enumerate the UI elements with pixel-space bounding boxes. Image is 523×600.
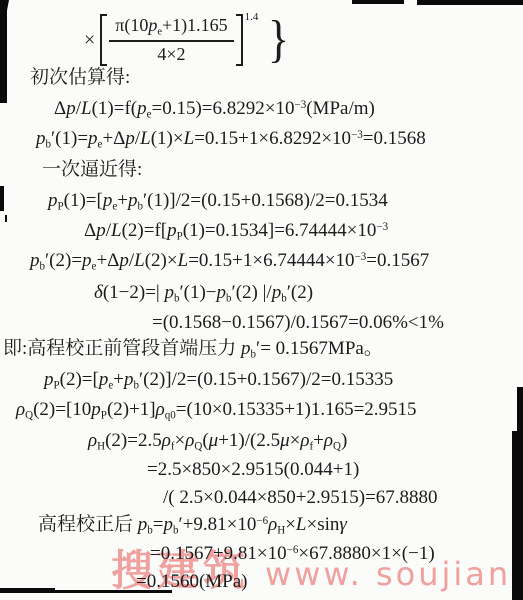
scanned-document-page: { "page": { "background": "#fbfbf9", "te… [0, 0, 523, 600]
formula-line-13: ρH(2)=2.5ρf×ρQ(μ+1)/(2.5μ×ρf+ρQ) [88, 429, 347, 454]
formula-line-7: pb′(2)=pe+Δp/L(2)×L=0.15+1×6.74444×10−3=… [30, 249, 429, 274]
bracket-exponent: 1.4 [245, 11, 259, 23]
formula-line-3: pb′(1)=pe+Δp/L(1)×L=0.15+1×6.8292×10−3=0… [36, 127, 426, 152]
formula-line-14: =2.5×850×2.9515(0.044+1) [147, 458, 359, 482]
scan-artifact-bottom-rule-1 [0, 588, 55, 593]
formula-line-2: Δp/L(1)=f(pe=0.15)=6.8292×10−3(MPa/m) [54, 97, 375, 122]
multiply-sign: × [84, 29, 95, 52]
formula-line-9: =(0.1568−0.1567)/0.1567=0.06%<1% [152, 311, 444, 335]
scan-artifact-bottom-rule-2 [50, 590, 172, 593]
formula-line-12: ρQ(2)=[10pP(2)+1]ρq0=(10×0.15335+1)1.165… [16, 398, 417, 423]
fraction-denominator: 4×2 [157, 42, 185, 65]
scan-artifact-left-bar [0, 7, 7, 103]
formula-line-5: pP(1)=[pe+pb′(1)]/2=(0.15+0.1568)/2=0.15… [48, 189, 388, 214]
top-fraction-expression: × π(10pe+1)1.165 4×2 1.4 } [84, 14, 291, 66]
fraction: π(10pe+1)1.165 4×2 [109, 15, 233, 65]
right-bracket [236, 14, 243, 66]
formula-line-4: 一次逼近得: [42, 158, 142, 182]
fraction-numerator: π(10pe+1)1.165 [109, 15, 233, 42]
left-bracket [100, 14, 107, 66]
scan-artifact-top-bar-2 [417, 0, 523, 5]
scan-artifact-left-tick [0, 186, 4, 211]
scan-artifact-right-bar-2 [512, 431, 523, 600]
formula-line-11: pP(2)=[pe+pb′(2)]/2=(0.15+0.1567)/2=0.15… [44, 368, 393, 393]
formula-line-1: 初次估算得: [30, 66, 130, 90]
document-content: × π(10pe+1)1.165 4×2 1.4 } 初次估算得:Δp/L(1)… [0, 0, 523, 600]
formula-line-16: 高程校正后 pb=pb′+9.81×10−6ρH×L×sinγ [38, 513, 347, 538]
scan-artifact-top-bar-1 [352, 0, 404, 4]
formula-line-15: /( 2.5×0.044×850+2.9515)=67.8880 [163, 486, 438, 510]
scan-artifact-left-dot [5, 215, 7, 222]
formula-line-10: 即:高程校正前管段首端压力 pb′= 0.1567MPa。 [3, 337, 383, 362]
formula-line-17: =0.1567+9.81×10−6×67.8880×1×(−1) [150, 542, 435, 566]
formula-line-8: δ(1−2)=| pb′(1)−pb′(2) |/pb′(2) [94, 281, 313, 306]
scan-artifact-right-bar-1 [517, 387, 523, 431]
formula-line-6: Δp/L(2)=f[pP(1)=0.1534]=6.74444×10−3 [84, 219, 388, 244]
closing-brace: } [268, 14, 289, 66]
